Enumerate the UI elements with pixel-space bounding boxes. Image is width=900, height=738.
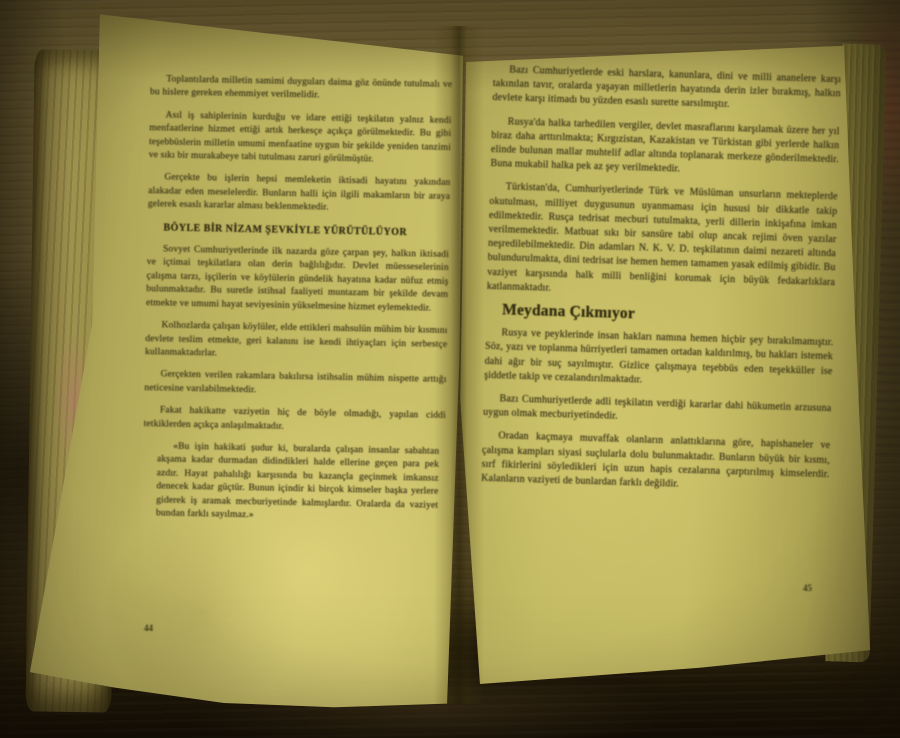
paragraph: Asıl iş sahiplerinin kurduğu ve idare et… [149,109,452,168]
paragraph: Rusya'da halka tarhedilen vergiler, devl… [490,115,840,182]
left-page-number: 44 [144,623,153,633]
paragraph: Türkistan'da, Cumhuriyetlerinde Türk ve … [487,180,838,304]
left-page-text: Toplantılarda milletin samimi duyguları … [142,73,453,535]
right-page-number: 45 [803,583,812,593]
paragraph: Toplantılarda milletin samimi duyguları … [150,73,452,106]
left-section-heading: BÖYLE BİR NİZAM ŞEVKİYLE YÜRÜTÜLÜYOR [147,221,449,240]
paragraph: Bazı Cumhuriyetlerde adli teşkilatın ver… [483,392,832,431]
paragraph: Kolhozlarda çalışan köylüler, elde ettik… [145,319,448,365]
right-page-text: Bazı Cumhuriyetlerde eski harslara, kanu… [481,63,842,505]
quoted-paragraph: «Bu işin hakikati şudur ki, buralarda ça… [156,440,439,526]
paragraph: Gerçekte bu işlerin hepsi memleketin ikt… [148,172,451,218]
right-section-heading: Meydana Çıkmıyor [486,303,834,328]
photo-scene: Toplantılarda milletin samimi duyguları … [0,0,900,738]
paragraph: Gerçekten verilen rakamlara bakılırsa is… [144,368,446,401]
paragraph: Oradan kaçmaya muvaffak olanların anlatt… [481,429,831,496]
paragraph: Bazı Cumhuriyetlerde eski harslara, kanu… [492,63,841,116]
paragraph: Sovyet Cumhuriyetlerinde ilk nazarda göz… [146,243,449,316]
paragraph: Fakat hakikatte vaziyetin hiç de böyle o… [144,404,446,437]
paragraph: Rusya ve peyklerinde insan hakları namın… [484,326,834,393]
